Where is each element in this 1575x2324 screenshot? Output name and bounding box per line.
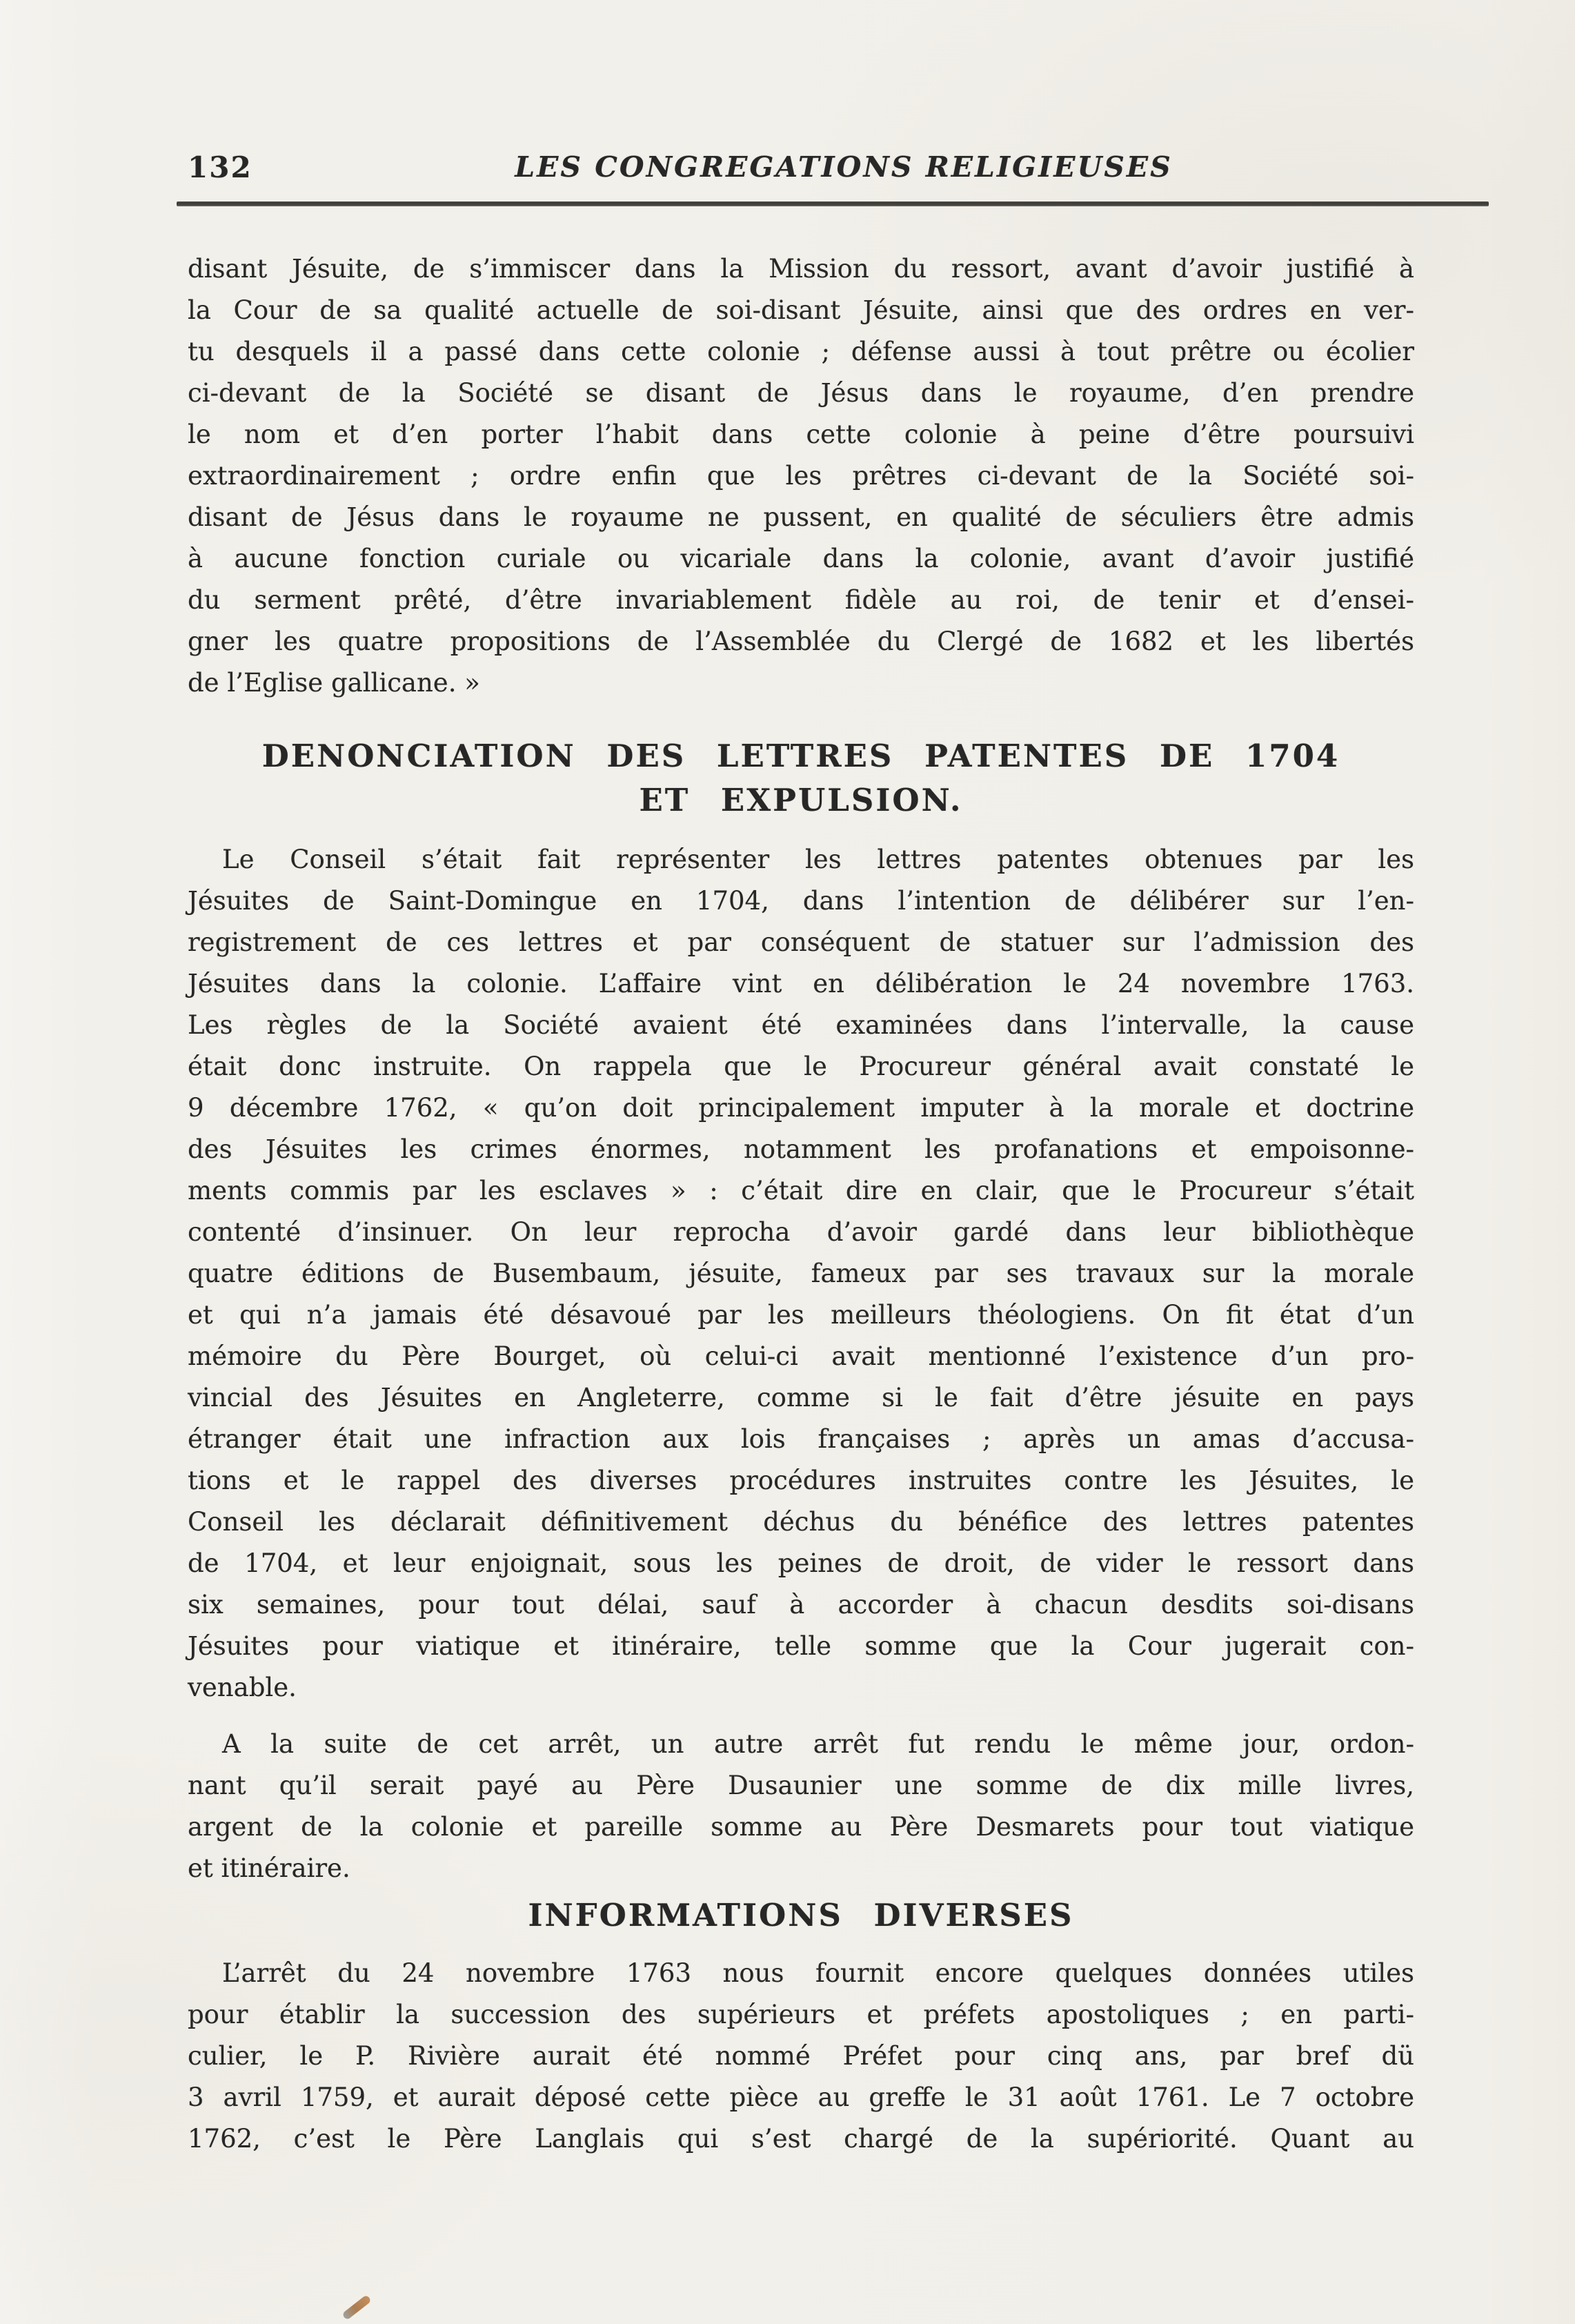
paragraph-line: ments commis par les esclaves » : c’étai… [188, 1170, 1414, 1212]
paragraph-line: Jésuites de Saint-Domingue en 1704, dans… [188, 880, 1414, 922]
paragraph-line: tions et le rappel des diverses procédur… [188, 1460, 1414, 1501]
paragraph-line: L’arrêt du 24 novembre 1763 nous fournit… [188, 1953, 1414, 1994]
heading-line: INFORMATIONS DIVERSES [188, 1893, 1414, 1938]
running-title: LES CONGREGATIONS RELIGIEUSES [230, 150, 1457, 184]
paragraph-line: extraordinairement ; ordre enfin que les… [188, 455, 1414, 497]
paragraph: Le Conseil s’était fait représenter les … [188, 839, 1414, 1708]
paragraph-line: venable. [188, 1667, 1414, 1708]
book-page: 132 LES CONGREGATIONS RELIGIEUSES disant… [0, 0, 1575, 2324]
paragraph-line: contenté d’insinuer. On leur reprocha d’… [188, 1212, 1414, 1253]
heading: INFORMATIONS DIVERSES [188, 1893, 1414, 1938]
paragraph-line: disant Jésuite, de s’immiscer dans la Mi… [188, 248, 1414, 290]
paragraph-line: la Cour de sa qualité actuelle de soi-di… [188, 290, 1414, 331]
paragraph: disant Jésuite, de s’immiscer dans la Mi… [188, 248, 1414, 704]
paragraph-line: Le Conseil s’était fait représenter les … [188, 839, 1414, 880]
paragraph-line: ci-devant de la Société se disant de Jés… [188, 373, 1414, 414]
paragraph-line: nant qu’il serait payé au Père Dusaunier… [188, 1765, 1414, 1806]
paragraph-line: à aucune fonction curiale ou vicariale d… [188, 538, 1414, 580]
paragraph-line: gner les quatre propositions de l’Assemb… [188, 621, 1414, 662]
paragraph-line: de 1704, et leur enjoignait, sous les pe… [188, 1543, 1414, 1584]
paragraph-line: des Jésuites les crimes énormes, notamme… [188, 1129, 1414, 1170]
paragraph-line: vincial des Jésuites en Angleterre, comm… [188, 1377, 1414, 1419]
running-head: 132 LES CONGREGATIONS RELIGIEUSES [188, 150, 1414, 192]
paragraph-line: et itinéraire. [188, 1848, 1414, 1889]
paragraph-line: le nom et d’en porter l’habit dans cette… [188, 414, 1414, 455]
paragraph-line: culier, le P. Rivière aurait été nommé P… [188, 2036, 1414, 2077]
paragraph: L’arrêt du 24 novembre 1763 nous fournit… [188, 1953, 1414, 2160]
content: disant Jésuite, de s’immiscer dans la Mi… [188, 248, 1414, 2160]
paragraph-line: de l’Eglise gallicane. » [188, 662, 1414, 704]
heading-line: ET EXPULSION. [188, 778, 1414, 823]
paragraph-line: Jésuites pour viatique et itinéraire, te… [188, 1626, 1414, 1667]
paragraph-line: argent de la colonie et pareille somme a… [188, 1806, 1414, 1848]
paragraph-line: A la suite de cet arrêt, un autre arrêt … [188, 1724, 1414, 1765]
paragraph-line: mémoire du Père Bourget, où celui-ci ava… [188, 1336, 1414, 1377]
heading-line: DENONCIATION DES LETTRES PATENTES DE 170… [188, 734, 1414, 778]
paragraph-line: registrement de ces lettres et par consé… [188, 922, 1414, 963]
paragraph-line: étranger était une infraction aux lois f… [188, 1419, 1414, 1460]
paragraph: A la suite de cet arrêt, un autre arrêt … [188, 1724, 1414, 1889]
paragraph-line: 3 avril 1759, et aurait déposé cette piè… [188, 2077, 1414, 2118]
paragraph-line: Jésuites dans la colonie. L’affaire vint… [188, 963, 1414, 1005]
paragraph-line: Conseil les déclarait définitivement déc… [188, 1501, 1414, 1543]
paragraph-line: tu desquels il a passé dans cette coloni… [188, 331, 1414, 373]
paragraph-line: du serment prêté, d’être invariablement … [188, 580, 1414, 621]
paragraph-line: pour établir la succession des supérieur… [188, 1994, 1414, 2036]
paragraph-line: disant de Jésus dans le royaume ne pusse… [188, 497, 1414, 538]
pen-mark-artifact [341, 2294, 372, 2321]
paragraph-line: 1762, c’est le Père Langlais qui s’est c… [188, 2118, 1414, 2160]
paragraph-line: était donc instruite. On rappela que le … [188, 1046, 1414, 1087]
paragraph-line: six semaines, pour tout délai, sauf à ac… [188, 1584, 1414, 1626]
paragraph-line: quatre éditions de Busembaum, jésuite, f… [188, 1253, 1414, 1294]
paragraph-line: et qui n’a jamais été désavoué par les m… [188, 1294, 1414, 1336]
heading: DENONCIATION DES LETTRES PATENTES DE 170… [188, 734, 1414, 823]
header-rule [177, 201, 1489, 206]
paragraph-line: 9 décembre 1762, « qu’on doit principale… [188, 1087, 1414, 1129]
paragraph-line: Les règles de la Société avaient été exa… [188, 1005, 1414, 1046]
